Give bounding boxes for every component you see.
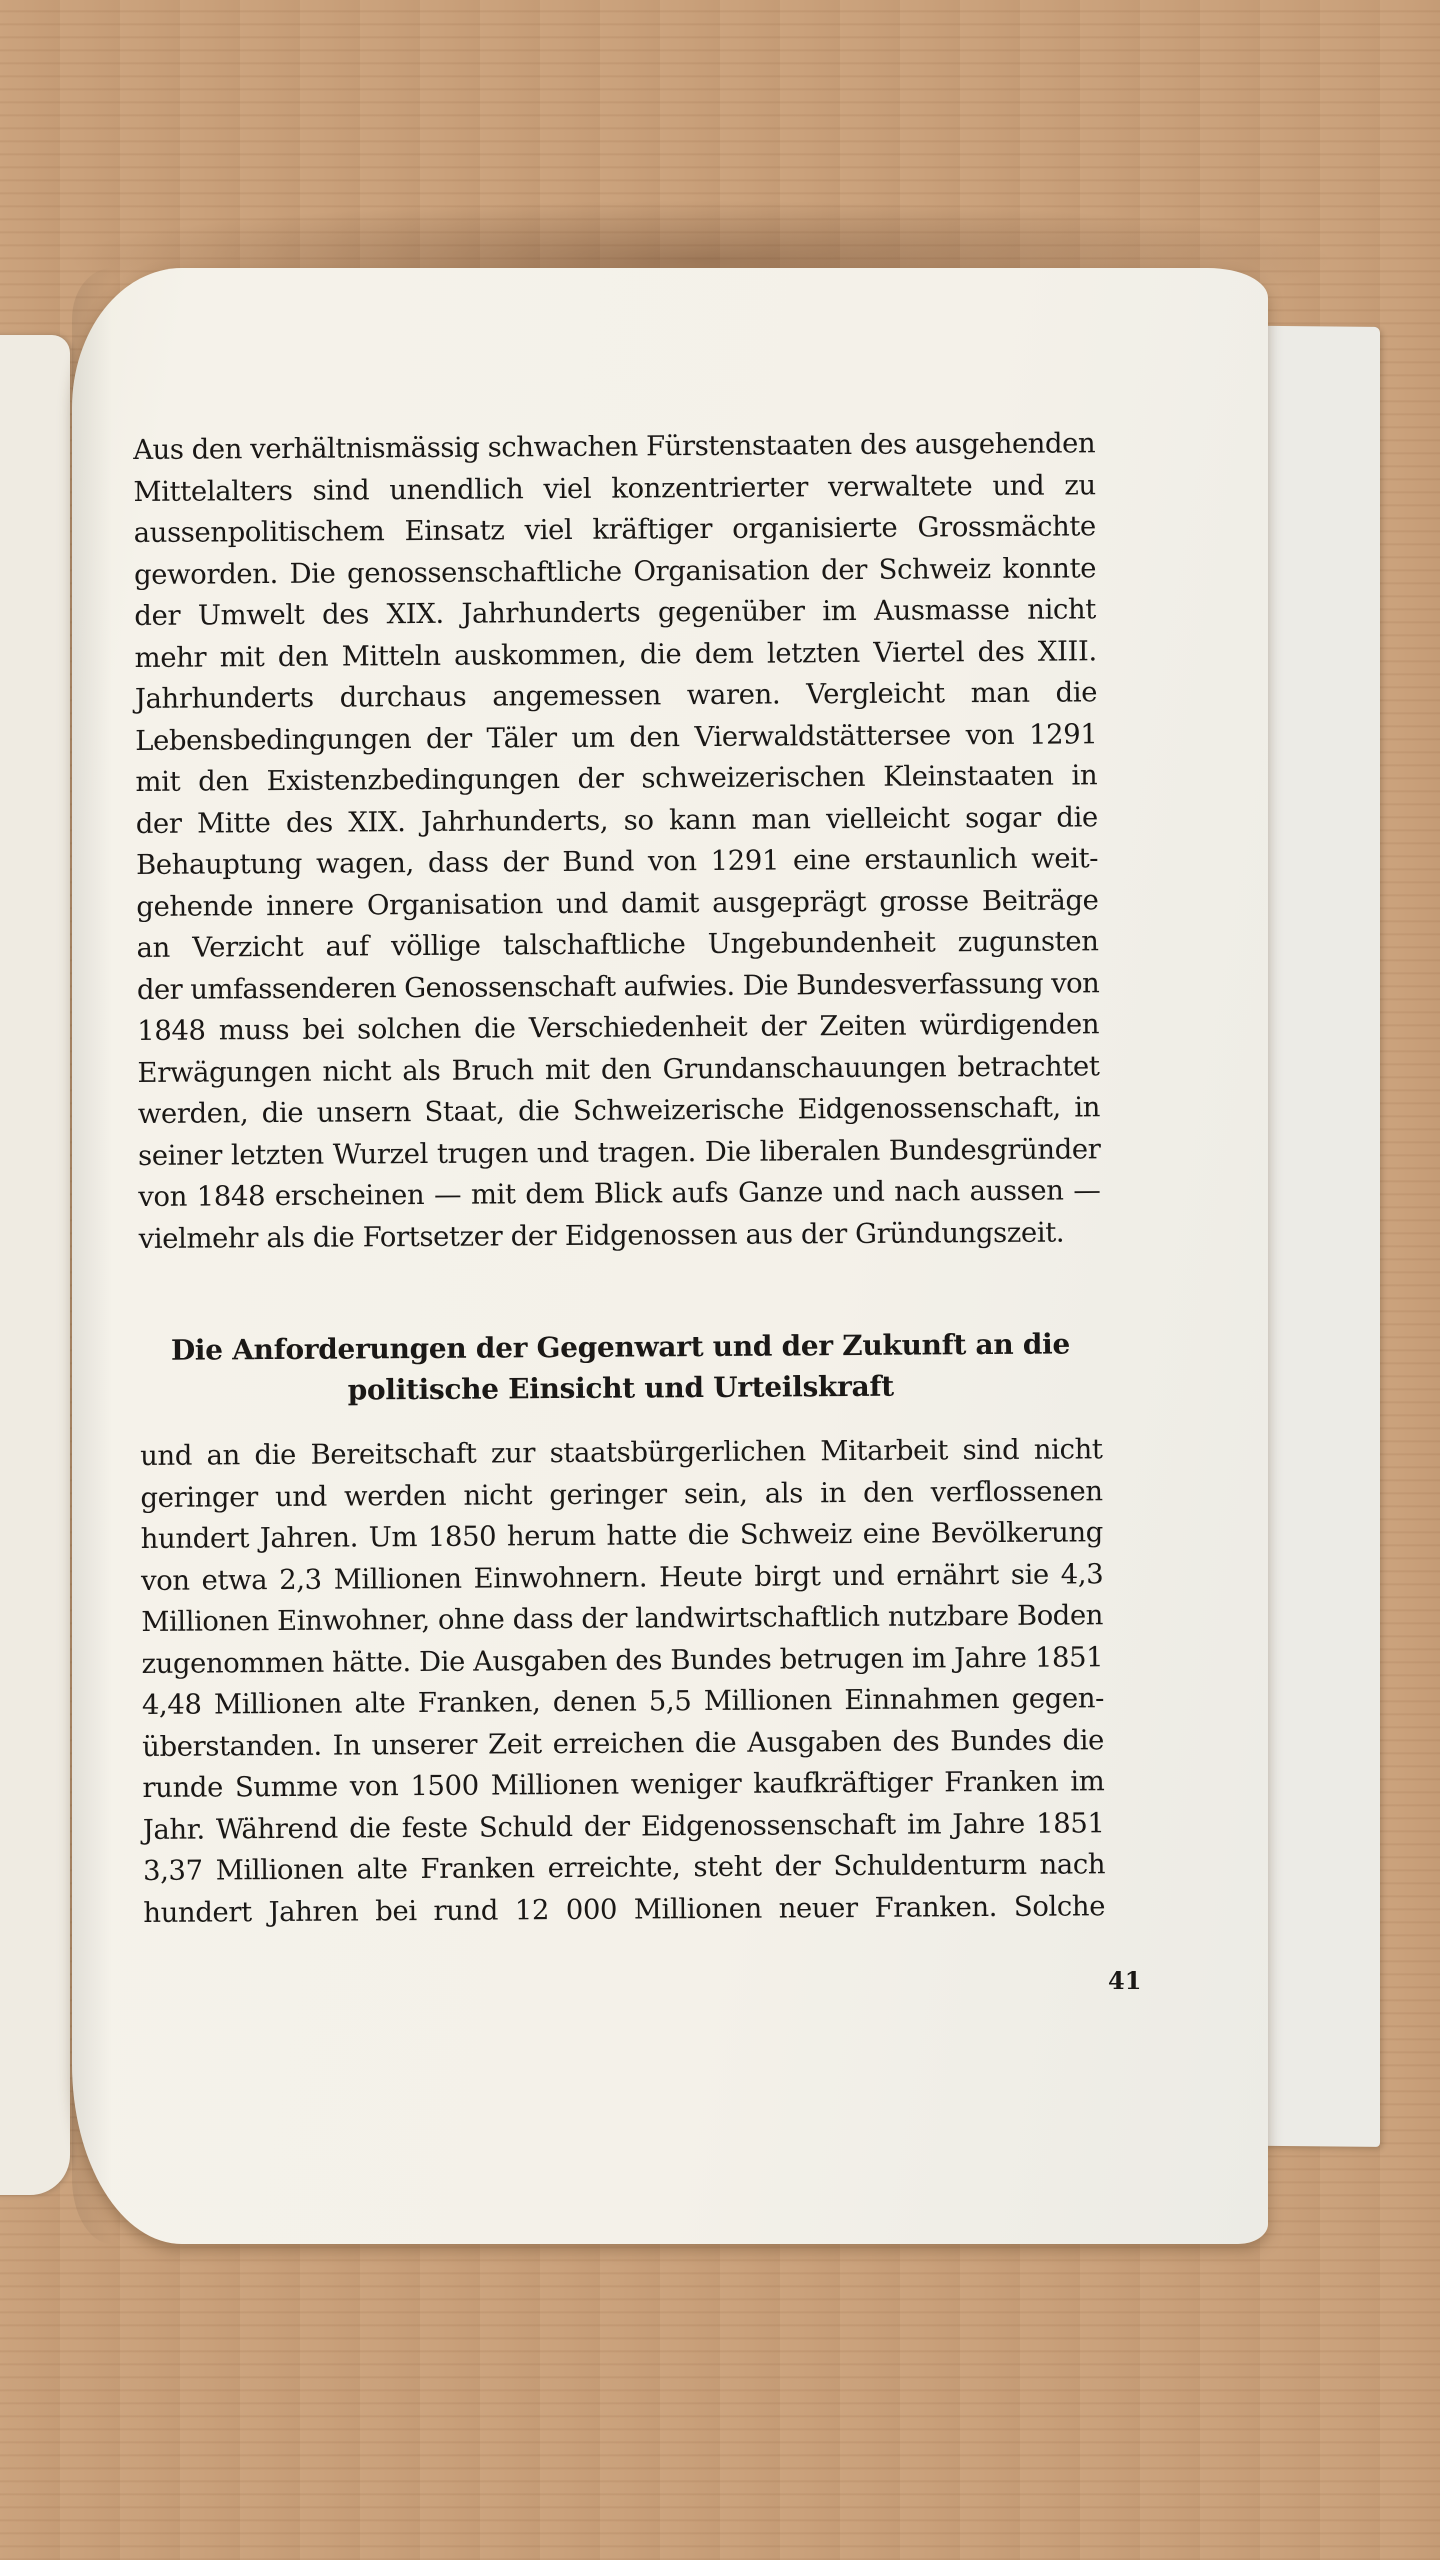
text-line: 4,48 Millionen alte Franken, denen 5,5 M… [142, 1678, 1104, 1726]
text-line: von 1848 erscheinen — mit dem Blick aufs… [138, 1170, 1100, 1218]
page-text: Aus den verhältnismässig schwachen Fürst… [133, 423, 1105, 1934]
text-line: Mittelalters sind unendlich viel konzent… [133, 465, 1095, 513]
facing-page-edge [0, 335, 70, 2195]
paragraph-1: Aus den verhältnismässig schwachen Fürst… [133, 423, 1101, 1260]
text-line: 1848 muss bei solchen die Verschiedenhei… [137, 1004, 1099, 1052]
text-line: Aus den verhältnismässig schwachen Fürst… [133, 423, 1095, 471]
heading-line-2: politische Einsicht und Urteilskraft [140, 1364, 1102, 1412]
text-line: mehr mit den Mitteln auskommen, die dem … [134, 631, 1096, 679]
text-line: werden, die unsern Staat, die Schweizeri… [138, 1087, 1100, 1135]
heading-line-1: Die Anforderungen der Gegenwart und der … [139, 1323, 1101, 1371]
text-line: Jahrhunderts durchaus angemessen waren. … [135, 672, 1097, 720]
text-line: hundert Jahren bei rund 12 000 Millionen… [143, 1886, 1105, 1934]
text-line: zugenommen hätte. Die Ausgaben des Bunde… [141, 1637, 1103, 1685]
text-line: Erwägungen nicht als Bruch mit den Grund… [137, 1046, 1099, 1094]
text-line: seiner letzten Wurzel trugen und tragen.… [138, 1129, 1100, 1177]
text-line: an Verzicht auf völlige talschaftliche U… [136, 921, 1098, 969]
text-line: 3,37 Millionen alte Franken erreichte, s… [143, 1844, 1105, 1892]
text-line: Behauptung wagen, dass der Bund von 1291… [136, 838, 1098, 886]
text-line: vielmehr als die Fortsetzer der Eidgenos… [139, 1212, 1101, 1260]
text-line: runde Summe von 1500 Millionen weniger k… [142, 1761, 1104, 1809]
text-line: gehende innere Organisation und damit au… [136, 880, 1098, 928]
text-line: mit den Existenzbedingungen der schweize… [135, 755, 1097, 803]
text-line: der Umwelt des XIX. Jahrhunderts gegenüb… [134, 589, 1096, 637]
page-number: 41 [1108, 1966, 1141, 1995]
text-line: der umfassenderen Genossenschaft aufwies… [137, 963, 1099, 1011]
text-line: Millionen Einwohner, ohne dass der landw… [141, 1595, 1103, 1643]
text-line: von etwa 2,3 Millionen Einwohnern. Heute… [141, 1554, 1103, 1602]
text-line: Jahr. Während die feste Schuld der Eidge… [143, 1803, 1105, 1851]
text-line: Lebensbedingungen der Täler um den Vierw… [135, 714, 1097, 762]
text-line: hundert Jahren. Um 1850 herum hatte die … [141, 1512, 1103, 1560]
text-line: aussenpolitischem Einsatz viel kräftiger… [134, 506, 1096, 554]
paragraph-2: und an die Bereitschaft zur staatsbürger… [140, 1429, 1105, 1934]
text-line: und an die Bereitschaft zur staatsbürger… [140, 1429, 1102, 1477]
text-line: geworden. Die genossenschaftliche Organi… [134, 548, 1096, 596]
text-line: überstanden. In unserer Zeit erreichen d… [142, 1720, 1104, 1768]
text-line: der Mitte des XIX. Jahrhunderts, so kann… [136, 797, 1098, 845]
section-heading: Die Anforderungen der Gegenwart und der … [139, 1323, 1102, 1412]
text-line: geringer und werden nicht geringer sein,… [140, 1471, 1102, 1519]
